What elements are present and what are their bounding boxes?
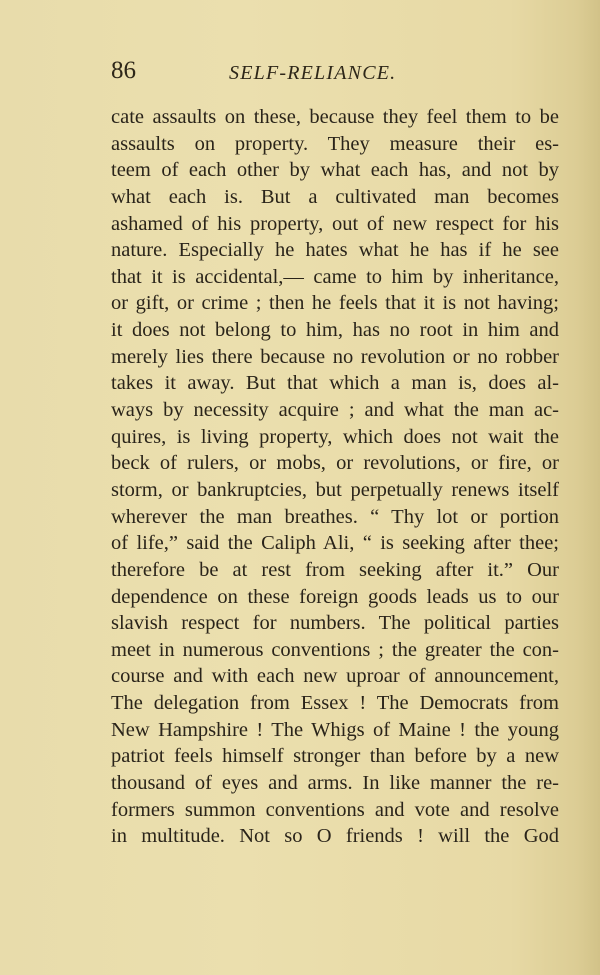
text-line: New Hampshire ! The Whigs of Maine ! the…	[111, 717, 559, 744]
text-line: meet in numerous conventions ; the great…	[111, 637, 559, 664]
text-line: merely lies there because no revolution …	[111, 344, 559, 371]
text-line: it does not belong to him, has no root i…	[111, 317, 559, 344]
text-line: cate assaults on these, because they fee…	[111, 104, 559, 131]
text-line: takes it away. But that which a man is, …	[111, 370, 559, 397]
text-line: or gift, or crime ; then he feels that i…	[111, 290, 559, 317]
text-line: The delegation from Essex ! The Democrat…	[111, 690, 559, 717]
text-line: patriot feels himself stronger than befo…	[111, 743, 559, 770]
text-line: ashamed of his property, out of new resp…	[111, 211, 559, 238]
text-line: teem of each other by what each has, and…	[111, 157, 559, 184]
text-line: course and with each new uproar of annou…	[111, 663, 559, 690]
text-line: storm, or bankruptcies, but perpetually …	[111, 477, 559, 504]
running-head: 86 SELF-RELIANCE.	[111, 56, 561, 86]
text-line: wherever the man breathes. “ Thy lot or …	[111, 504, 559, 531]
text-line: thousand of eyes and arms. In like manne…	[111, 770, 559, 797]
text-line: dependence on these foreign goods leads …	[111, 584, 559, 611]
text-line: assaults on property. They measure their…	[111, 131, 559, 158]
page-number: 86	[111, 56, 136, 86]
running-title: SELF-RELIANCE.	[229, 58, 396, 88]
text-line: formers summon conventions and vote and …	[111, 797, 559, 824]
text-line: of life,” said the Caliph Ali, “ is seek…	[111, 530, 559, 557]
text-line: therefore be at rest from seeking after …	[111, 557, 559, 584]
book-page: 86 SELF-RELIANCE. cate assaults on these…	[0, 0, 600, 975]
body-text: cate assaults on these, because they fee…	[111, 104, 559, 850]
text-line: that it is accidental,— came to him by i…	[111, 264, 559, 291]
text-line: in multitude. Not so O friends ! will th…	[111, 823, 559, 850]
text-line: beck of rulers, or mobs, or revolutions,…	[111, 450, 559, 477]
text-line: what each is. But a cultivated man becom…	[111, 184, 559, 211]
text-line: quires, is living property, which does n…	[111, 424, 559, 451]
text-line: ways by necessity acquire ; and what the…	[111, 397, 559, 424]
text-line: slavish respect for numbers. The politic…	[111, 610, 559, 637]
text-line: nature. Especially he hates what he has …	[111, 237, 559, 264]
